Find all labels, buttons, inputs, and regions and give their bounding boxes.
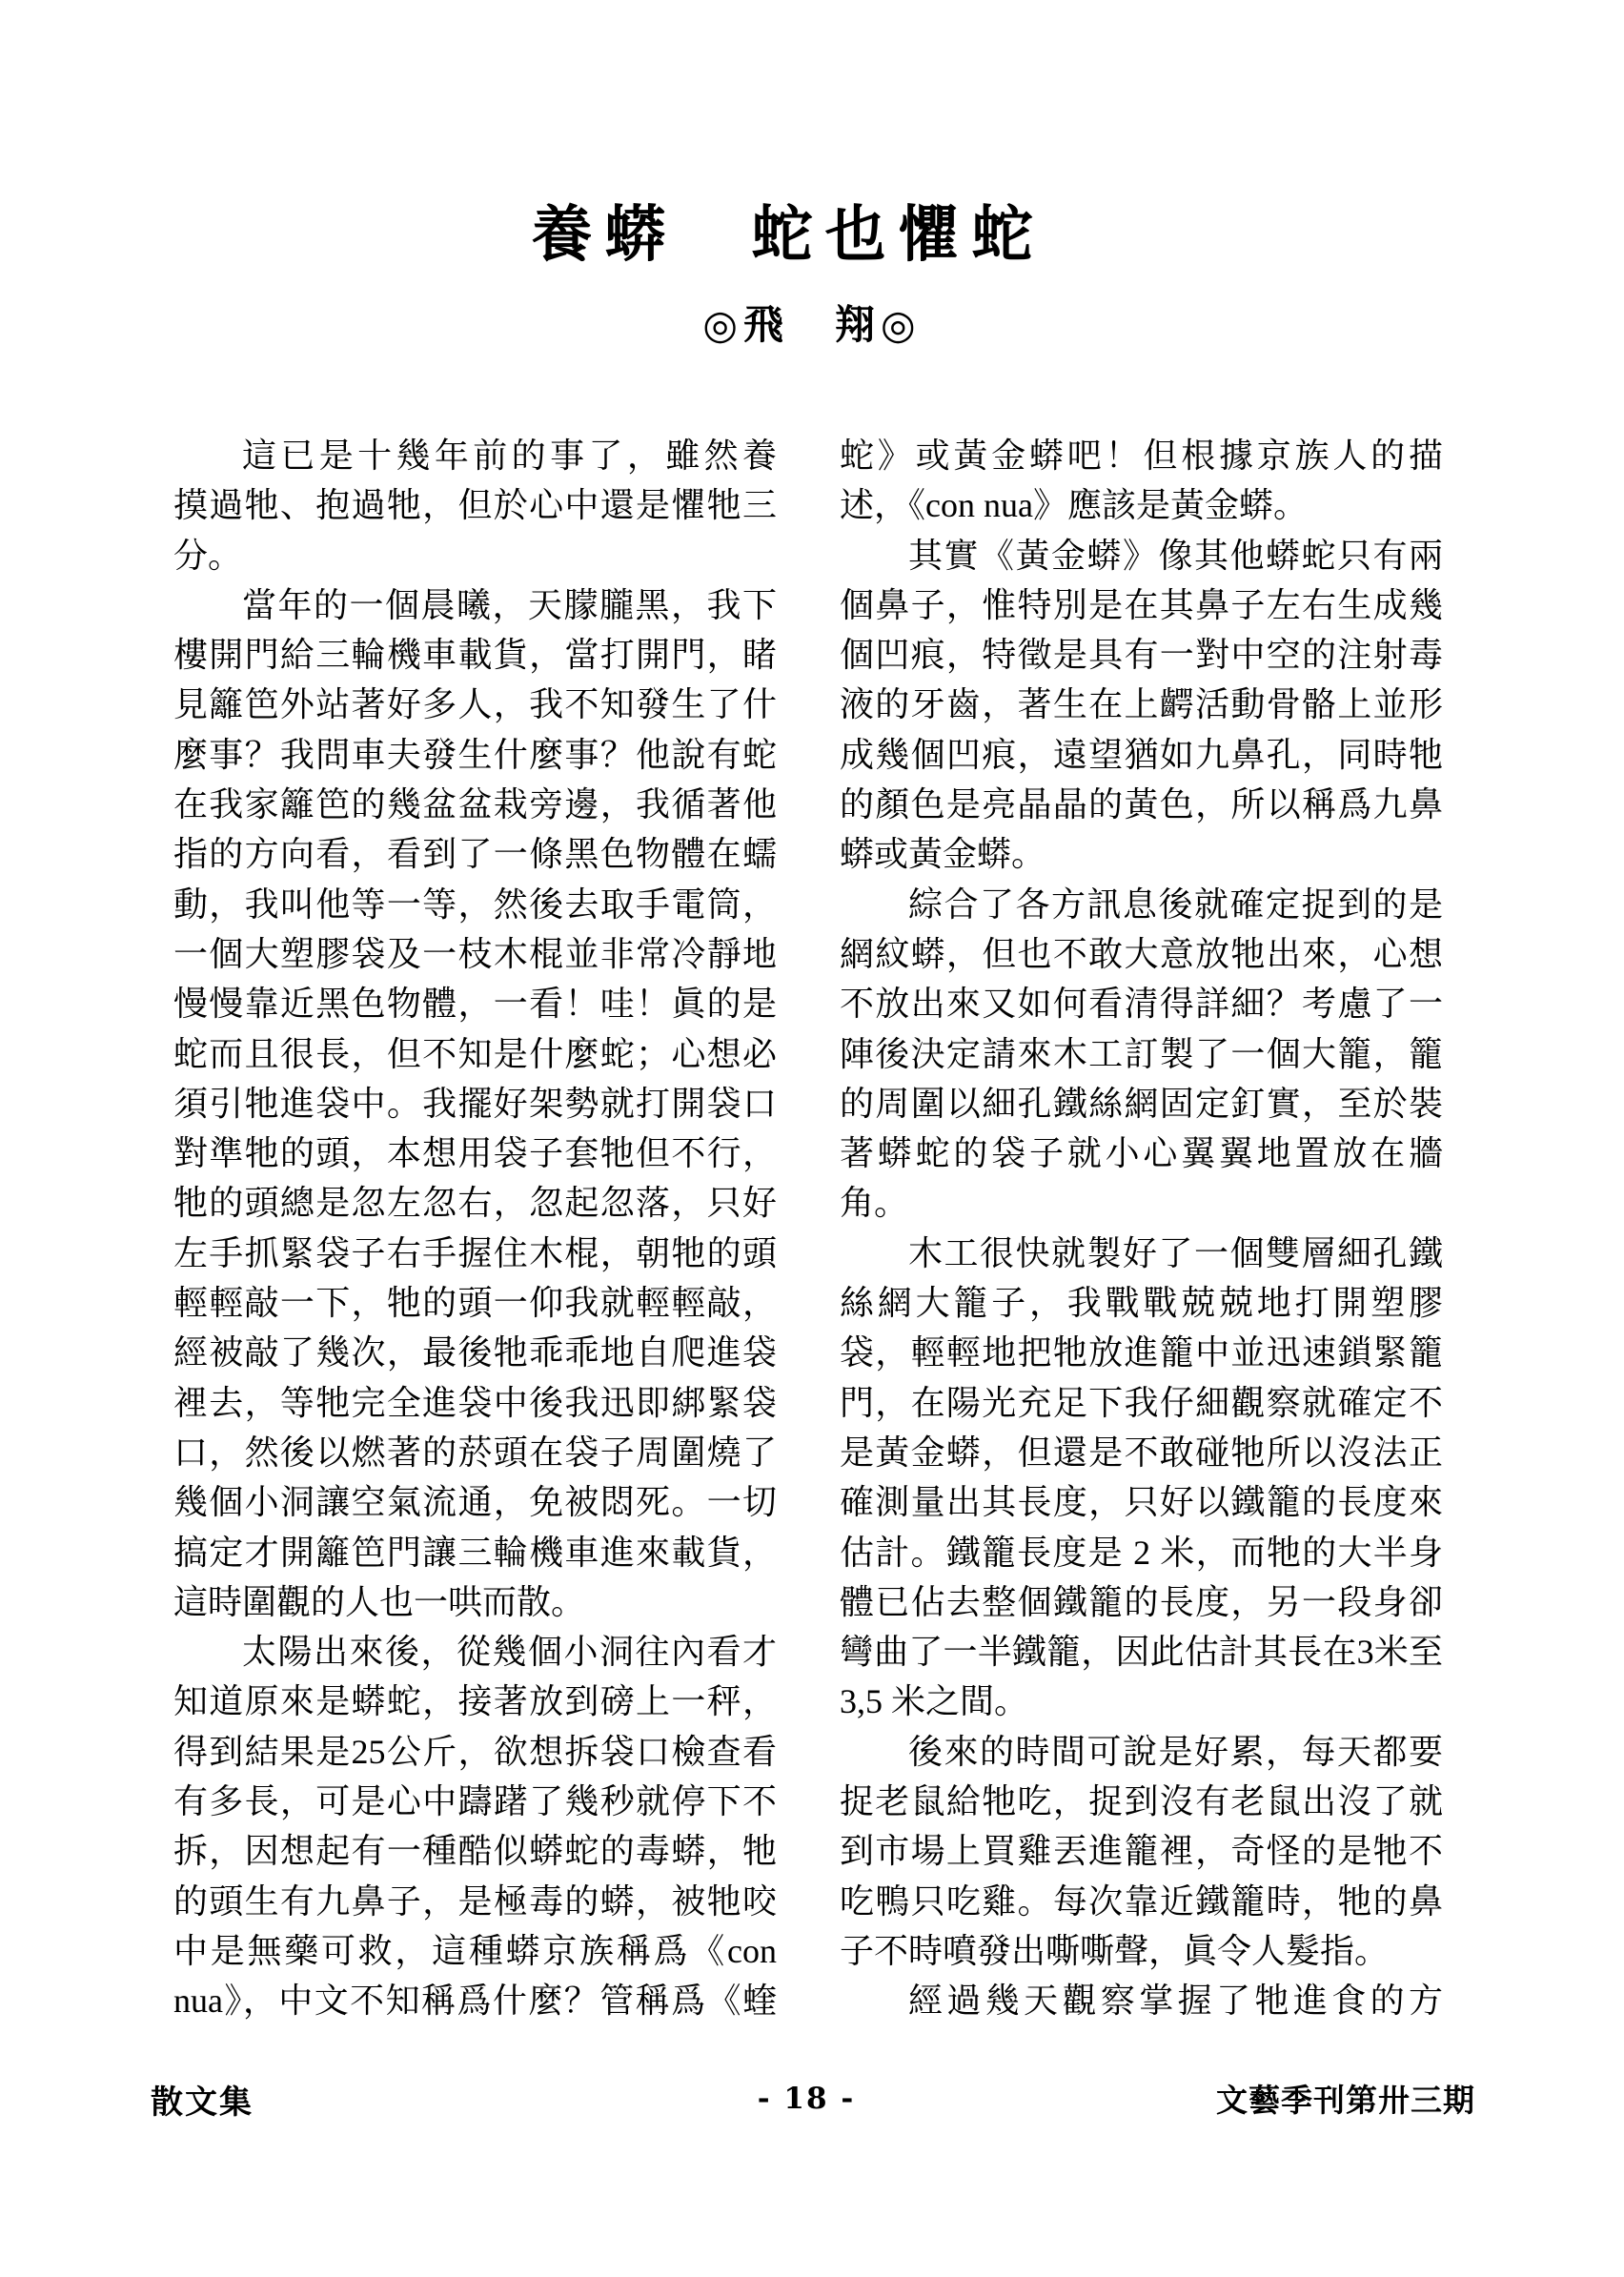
text-line: 牠的頭總是忽左忽右，忽起忽落，只好 xyxy=(173,1178,777,1228)
text-line: 當年的一個晨曦，天朦朧黑，我下 xyxy=(173,580,777,630)
text-line: 這已是十幾年前的事了，雖然養過、 xyxy=(173,431,777,480)
text-line: 不放出來又如何看清得詳細？考慮了一 xyxy=(840,979,1443,1028)
text-line: 幾個小洞讓空氣流通，免被悶死。一切 xyxy=(173,1477,777,1527)
text-line: 網紋蟒，但也不敢大意放牠出來，心想 xyxy=(840,929,1443,979)
text-line: 慢慢靠近黑色物體，一看！哇！眞的是 xyxy=(173,979,777,1028)
text-line: 輕輕敲一下，牠的頭一仰我就輕輕敲， xyxy=(173,1278,777,1328)
text-line: 木工很快就製好了一個雙層細孔鐵 xyxy=(840,1229,1443,1278)
text-line: 吃鴨只吃雞。每次靠近鐵籠時，牠的鼻 xyxy=(840,1877,1443,1926)
text-line: 後來的時間可說是好累，每天都要 xyxy=(840,1727,1443,1777)
text-line: 見籬笆外站著好多人，我不知發生了什 xyxy=(173,680,777,729)
text-line: 捉老鼠給牠吃，捉到沒有老鼠出沒了就 xyxy=(840,1777,1443,1826)
text-line: 有多長，可是心中躊躇了幾秒就停下不 xyxy=(173,1777,777,1826)
text-line: 角。 xyxy=(840,1178,1443,1228)
text-line: 麼事？我問車夫發生什麼事？他說有蛇 xyxy=(173,730,777,780)
text-line: 門，在陽光充足下我仔細觀察就確定不 xyxy=(840,1378,1443,1428)
text-line: 經過幾天觀察掌握了牠進食的方式。 xyxy=(840,1976,1443,2025)
document-page: 養蟒 蛇也懼蛇 ◎飛 翔◎ 這已是十幾年前的事了，雖然養過、摸過牠、抱過牠，但於… xyxy=(0,0,1624,2277)
author-line: ◎飛 翔◎ xyxy=(0,303,1624,349)
text-line: 知道原來是蟒蛇，接著放到磅上一秤， xyxy=(173,1677,777,1726)
text-line: 的周圍以細孔鐵絲網固定釘實，至於裝 xyxy=(840,1079,1443,1128)
text-line: 口，然後以燃著的菸頭在袋子周圍燒了 xyxy=(173,1428,777,1477)
text-line: 體已佔去整個鐵籠的長度，另一段身卻 xyxy=(840,1577,1443,1627)
text-line: 袋，輕輕地把牠放進籠中並迅速鎖緊籠 xyxy=(840,1328,1443,1377)
text-line: 成幾個凹痕，遠望猶如九鼻孔，同時牠 xyxy=(840,730,1443,780)
text-line: 述，《con nua》應該是黃金蟒。 xyxy=(840,480,1443,530)
text-line: 蟒或黃金蟒。 xyxy=(840,829,1443,879)
text-line: 的頭生有九鼻子，是極毒的蟒，被牠咬 xyxy=(173,1877,777,1926)
text-line: 其實《黃金蟒》像其他蟒蛇只有兩 xyxy=(840,531,1443,580)
text-line: 綜合了各方訊息後就確定捉到的是 xyxy=(840,880,1443,929)
text-line: 一個大塑膠袋及一枝木棍並非常冷靜地 xyxy=(173,929,777,979)
text-line: 左手抓緊袋子右手握住木棍，朝牠的頭 xyxy=(173,1229,777,1278)
text-line: 著蟒蛇的袋子就小心翼翼地置放在牆 xyxy=(840,1128,1443,1178)
text-line: nua》，中文不知稱爲什麼？管稱爲《蝰 xyxy=(173,1976,777,2025)
text-line: 拆，因想起有一種酷似蟒蛇的毒蟒，牠 xyxy=(173,1826,777,1876)
text-line: 樓開門給三輪機車載貨，當打開門，睹 xyxy=(173,630,777,680)
text-line: 中是無藥可救，這種蟒京族稱爲《con xyxy=(173,1926,777,1976)
text-line: 子不時噴發出嘶嘶聲，眞令人髮指。 xyxy=(840,1926,1443,1976)
text-line: 個鼻子，惟特別是在其鼻子左右生成幾 xyxy=(840,580,1443,630)
text-line: 在我家籬笆的幾盆盆栽旁邊，我循著他 xyxy=(173,780,777,829)
text-line: 對準牠的頭，本想用袋子套牠但不行， xyxy=(173,1128,777,1178)
text-line: 估計。鐵籠長度是 2 米，而牠的大半身 xyxy=(840,1528,1443,1577)
text-line: 須引牠進袋中。我擺好架勢就打開袋口 xyxy=(173,1079,777,1128)
text-line: 太陽出來後，從幾個小洞往內看才 xyxy=(173,1627,777,1677)
text-line: 彎曲了一半鐵籠，因此估計其長在3米至 xyxy=(840,1627,1443,1677)
footer-journal-issue: 文藝季刊第卅三期 xyxy=(1216,2076,1475,2121)
text-line: 裡去，等牠完全進袋中後我迅即綁緊袋 xyxy=(173,1378,777,1428)
text-line: 經被敲了幾次，最後牠乖乖地自爬進袋 xyxy=(173,1328,777,1377)
left-column: 這已是十幾年前的事了，雖然養過、摸過牠、抱過牠，但於心中還是懼牠三分。當年的一個… xyxy=(173,431,777,2026)
text-line: 的顏色是亮晶晶的黃色，所以稱爲九鼻 xyxy=(840,780,1443,829)
text-line: 這時圍觀的人也一哄而散。 xyxy=(173,1577,777,1627)
text-line: 是黃金蟒，但還是不敢碰牠所以沒法正 xyxy=(840,1428,1443,1477)
right-column: 蛇》或黃金蟒吧！但根據京族人的描述，《con nua》應該是黃金蟒。其實《黃金蟒… xyxy=(840,431,1443,2026)
text-line: 絲網大籠子，我戰戰兢兢地打開塑膠 xyxy=(840,1278,1443,1328)
text-line: 指的方向看，看到了一條黑色物體在蠕 xyxy=(173,829,777,879)
text-line: 3,5 米之間。 xyxy=(840,1677,1443,1726)
text-line: 動，我叫他等一等，然後去取手電筒， xyxy=(173,880,777,929)
text-line: 確測量出其長度，只好以鐵籠的長度來 xyxy=(840,1477,1443,1527)
text-line: 搞定才開籬笆門讓三輪機車進來載貨， xyxy=(173,1528,777,1577)
text-line: 個凹痕，特徵是具有一對中空的注射毒 xyxy=(840,630,1443,680)
text-line: 蛇而且很長，但不知是什麼蛇；心想必 xyxy=(173,1029,777,1079)
page-title: 養蟒 蛇也懼蛇 xyxy=(0,200,1576,271)
text-line: 蛇》或黃金蟒吧！但根據京族人的描 xyxy=(840,431,1443,480)
text-line: 分。 xyxy=(173,531,777,580)
text-line: 摸過牠、抱過牠，但於心中還是懼牠三 xyxy=(173,480,777,530)
text-line: 液的牙齒，著生在上齶活動骨骼上並形 xyxy=(840,680,1443,729)
text-line: 陣後決定請來木工訂製了一個大籠，籠 xyxy=(840,1029,1443,1079)
text-line: 得到結果是25公斤，欲想拆袋口檢查看 xyxy=(173,1727,777,1777)
text-line: 到市場上買雞丟進籠裡，奇怪的是牠不 xyxy=(840,1826,1443,1876)
